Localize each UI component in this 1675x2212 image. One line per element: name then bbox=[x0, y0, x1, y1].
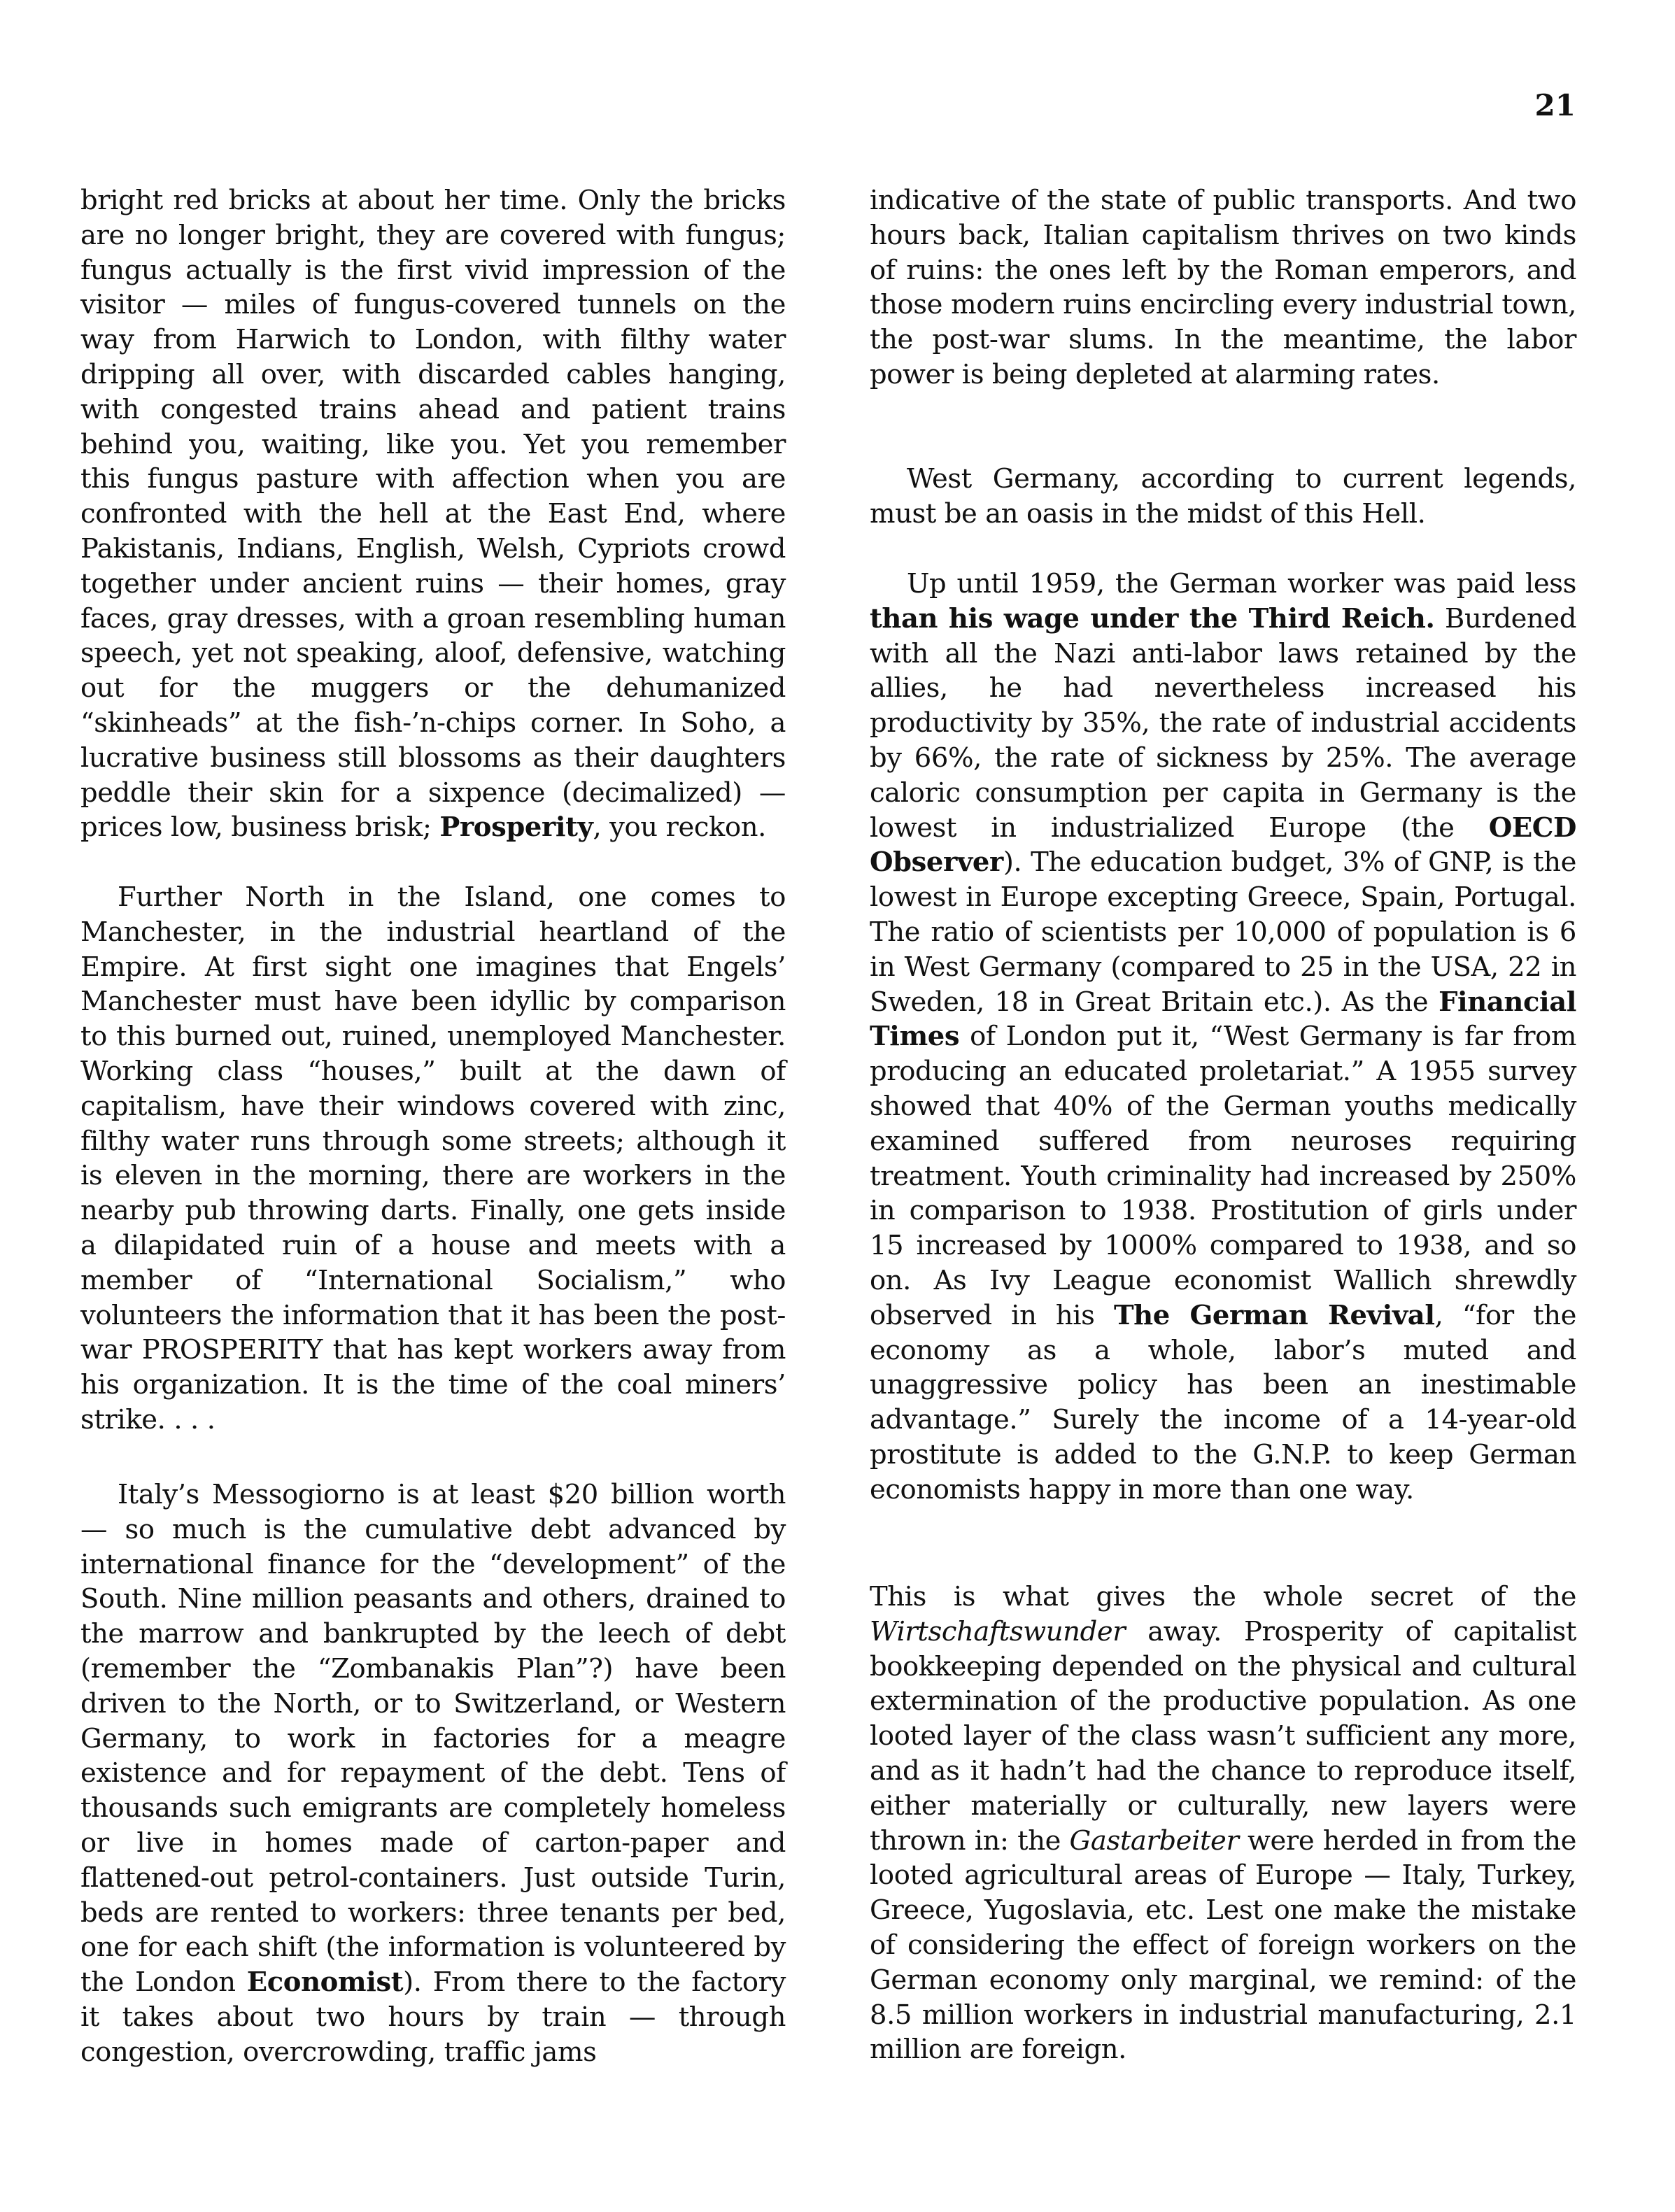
left-paragraph-3: Italy’s Messogiorno is at least $20 bill… bbox=[80, 1477, 786, 2070]
left-paragraph-1: bright red bricks at about her time. Onl… bbox=[80, 183, 786, 845]
left-paragraph-2: Further North in the Island, one comes t… bbox=[80, 880, 786, 1438]
text-run: were herded in from the looted agricultu… bbox=[870, 1825, 1576, 2066]
right-paragraph-3: Up until 1959, the German worker was pai… bbox=[870, 567, 1576, 1508]
text-run: Up until 1959, the German worker was pai… bbox=[907, 568, 1576, 600]
bold-emphasis: than his wage under the Third Reich. bbox=[870, 603, 1434, 634]
text-run: of London put it, “West Germany is far f… bbox=[870, 1021, 1576, 1331]
bold-emphasis: Economist bbox=[247, 1966, 403, 1998]
italic-term: Gastarbeiter bbox=[1070, 1825, 1239, 1857]
bold-emphasis: The German Revival bbox=[1114, 1300, 1435, 1331]
italic-term: Wirtschaftswunder bbox=[870, 1616, 1125, 1647]
right-paragraph-2: West Germany, according to current legen… bbox=[870, 462, 1576, 532]
text-run: , you reckon. bbox=[593, 811, 766, 843]
text-run: West Germany, according to current legen… bbox=[870, 463, 1576, 530]
text-run: Italy’s Messogiorno is at least $20 bill… bbox=[80, 1479, 786, 1998]
page-number: 21 bbox=[1535, 88, 1576, 123]
right-paragraph-1: indicative of the state of public transp… bbox=[870, 183, 1576, 392]
text-run: This is what gives the whole secret of t… bbox=[870, 1581, 1576, 1612]
bold-emphasis: Prosperity bbox=[439, 811, 593, 843]
text-run: Burdened with all the Nazi anti-labor la… bbox=[870, 603, 1576, 844]
text-run: Further North in the Island, one comes t… bbox=[80, 881, 786, 1435]
right-paragraph-4: This is what gives the whole secret of t… bbox=[870, 1580, 1576, 2067]
text-run: bright red bricks at about her time. Onl… bbox=[80, 185, 786, 843]
text-run: indicative of the state of public transp… bbox=[870, 185, 1576, 390]
text-run: away. Prosperity of capitalist bookkeepi… bbox=[870, 1616, 1576, 1857]
